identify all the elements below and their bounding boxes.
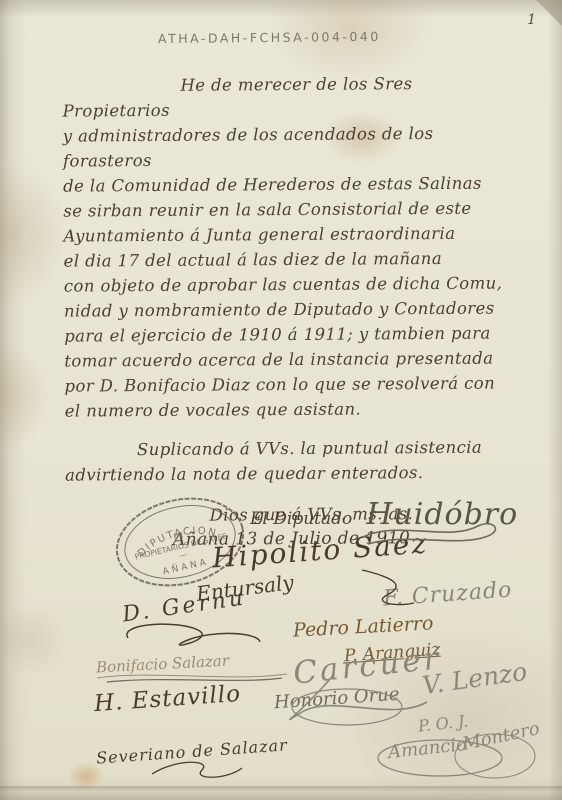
signature-severiano-de-salazar: Severiano de Salazar [96,735,289,767]
stamp-text-anana: AÑANA [162,556,210,577]
signature-p-o-j: P. O. J. [417,711,469,735]
letter-paragraph-2: Suplicando á VVs. la puntual asistencia … [65,434,517,487]
signature-f-cruzado: F. Cruzado [382,578,513,612]
signature-amancio: Amancio [387,734,468,763]
signature-huidobro: Huidóbro [366,497,518,532]
signature-bonifacio-salazar: Bonifacio Salazar [96,652,230,677]
signature-h-estavillo: H. Estavillo [93,681,242,717]
corner-fold [536,0,562,26]
archive-reference: ATHA-DAH-FCHSA-004-040 [158,29,381,46]
paper-crease [0,786,562,791]
letter-line: Ayuntamiento á Junta general estraordina… [63,220,515,248]
stamp-text-de: DE [173,531,184,541]
letter-line: se sirban reunir en la sala Consistorial… [63,195,515,223]
signature-pedro-latierro: Pedro Latierro [293,612,434,641]
letter-line: tomar acuerdo acerca de la instancia pre… [64,345,516,373]
letter-line: advirtiendo la nota de quedar enterados. [65,459,517,487]
letter-line: por D. Bonifacio Diaz con lo que se reso… [64,370,516,398]
letter-line: para el ejercicio de 1910 á 1911; y tamb… [64,320,516,348]
signature-honorio-orue: Honorio Orue [273,684,400,714]
letter-body: He de merecer de los Sres Propietarios y… [62,70,517,553]
signoff-role: El Diputado [250,509,352,529]
letter-line: Suplicando á VVs. la puntual asistencia [65,434,517,462]
letter-paragraph-1: He de merecer de los Sres Propietarios y… [62,70,516,423]
letter-line: el numero de vocales que asistan. [65,395,517,423]
letter-line: de la Comunidad de Herederos de estas Sa… [63,170,515,198]
signature-montero: Montero [461,718,542,755]
letter-line: con objeto de aprobar las cuentas de dic… [64,270,516,298]
page-number: 1 [527,12,536,28]
letter-line: nidad y nombramiento de Diputado y Conta… [64,295,516,323]
signoff: El DiputadoHuidóbro [250,497,518,532]
letter-line: He de merecer de los Sres Propietarios [62,70,514,123]
letter-line: y administradores de los acendados de lo… [63,120,515,173]
stamp-divider: — [178,550,188,561]
letter-line: el dia 17 del actual á las diez de la ma… [64,245,516,273]
signature-carcuer: Carcuer [292,640,443,691]
document-page: ATHA-DAH-FCHSA-004-040 1 He de merecer d… [0,0,562,800]
